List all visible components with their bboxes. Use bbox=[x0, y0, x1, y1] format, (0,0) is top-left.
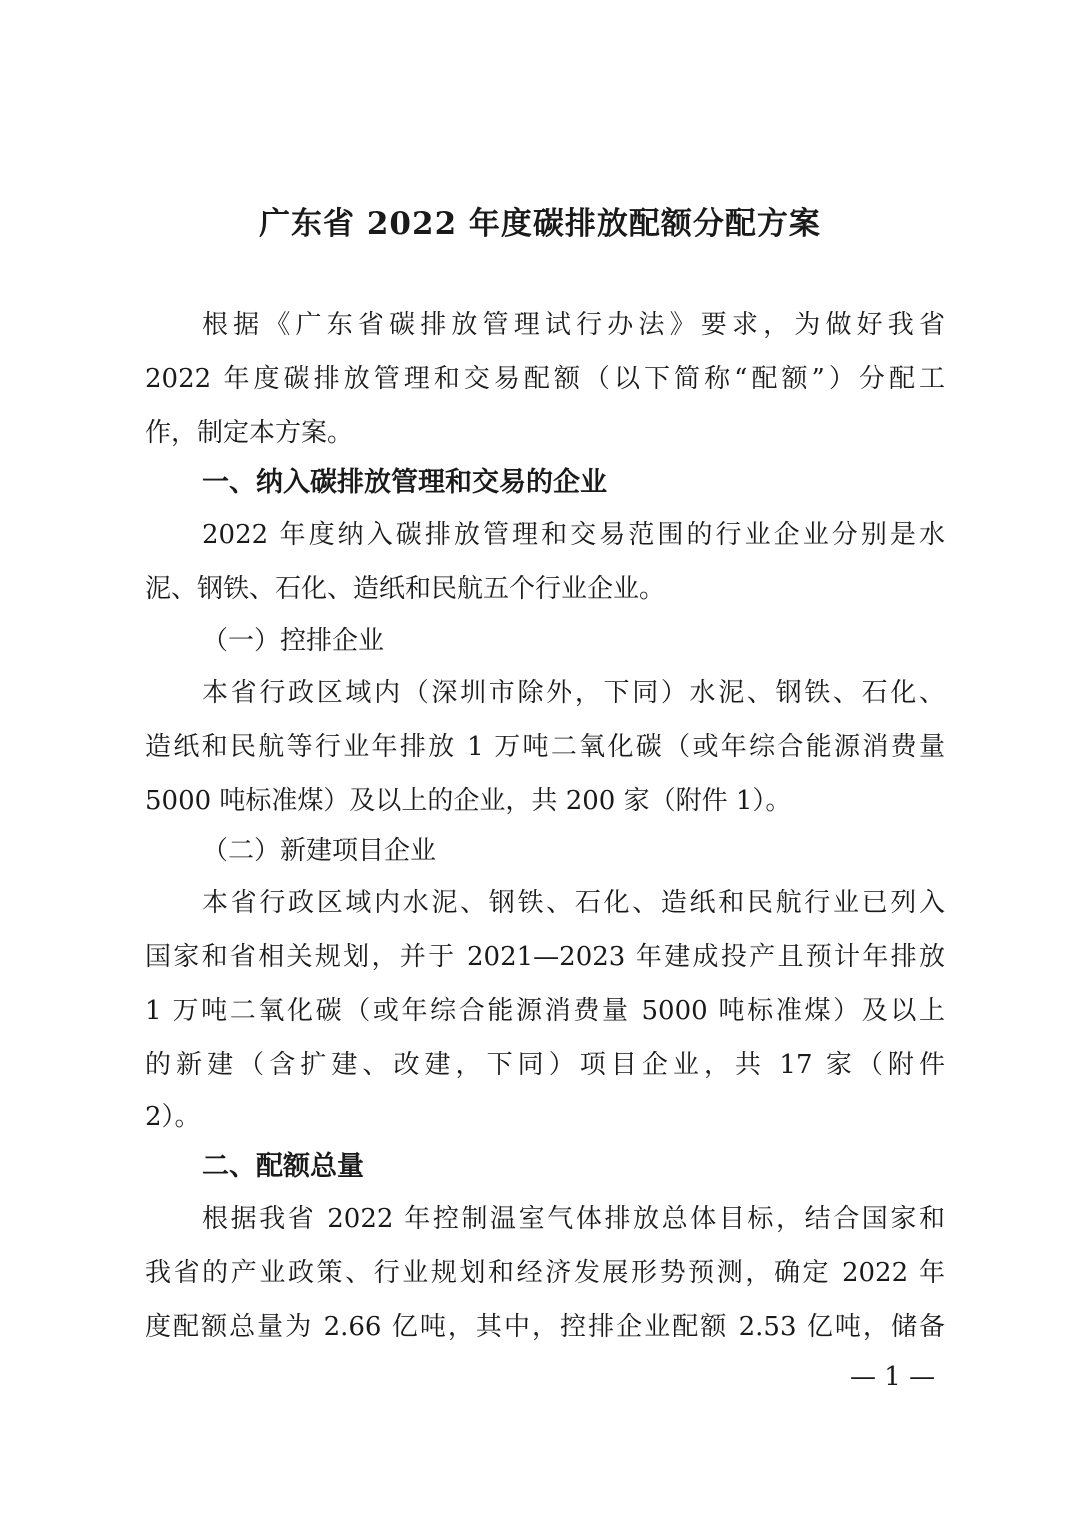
paragraph-line: 根据我省 2022 年控制温室气体排放总体目标，结合国家和 bbox=[202, 1202, 945, 1236]
intro-line: 根据《广东省碳排放管理试行办法》要求，为做好我省 bbox=[202, 308, 945, 342]
section-heading-quota-total: 二、配额总量 bbox=[202, 1150, 364, 1184]
paragraph-line: 的新建（含扩建、改建，下同）项目企业，共 17 家（附件 bbox=[145, 1048, 945, 1082]
intro-line: 2022 年度碳排放管理和交易配额（以下简称“配额”）分配工 bbox=[145, 362, 945, 396]
subsection-heading-new-projects: （二）新建项目企业 bbox=[202, 834, 436, 868]
paragraph-line: 泥、钢铁、石化、造纸和民航五个行业企业。 bbox=[145, 572, 945, 606]
page-number: — 1 — bbox=[850, 1362, 935, 1392]
paragraph-line: 造纸和民航等行业年排放 1 万吨二氧化碳（或年综合能源消费量 bbox=[145, 730, 945, 764]
paragraph-line: 1 万吨二氧化碳（或年综合能源消费量 5000 吨标准煤）及以上 bbox=[145, 994, 945, 1028]
paragraph-line: 2）。 bbox=[145, 1100, 945, 1134]
paragraph-line: 2022 年度纳入碳排放管理和交易范围的行业企业分别是水 bbox=[202, 518, 945, 552]
page-title: 广东省 2022 年度碳排放配额分配方案 bbox=[0, 198, 1080, 243]
subsection-heading-controlled: （一）控排企业 bbox=[202, 624, 384, 658]
intro-line: 作，制定本方案。 bbox=[145, 416, 945, 450]
paragraph-line: 5000 吨标准煤）及以上的企业，共 200 家（附件 1）。 bbox=[145, 784, 945, 818]
paragraph-line: 本省行政区域内（深圳市除外，下同）水泥、钢铁、石化、 bbox=[202, 676, 945, 710]
paragraph-line: 度配额总量为 2.66 亿吨，其中，控排企业配额 2.53 亿吨，储备 bbox=[145, 1310, 945, 1344]
paragraph-line: 国家和省相关规划，并于 2021—2023 年建成投产且预计年排放 bbox=[145, 940, 945, 974]
paragraph-line: 我省的产业政策、行业规划和经济发展形势预测，确定 2022 年 bbox=[145, 1256, 945, 1290]
paragraph-line: 本省行政区域内水泥、钢铁、石化、造纸和民航行业已列入 bbox=[202, 886, 945, 920]
section-heading-enterprises: 一、纳入碳排放管理和交易的企业 bbox=[202, 466, 607, 500]
